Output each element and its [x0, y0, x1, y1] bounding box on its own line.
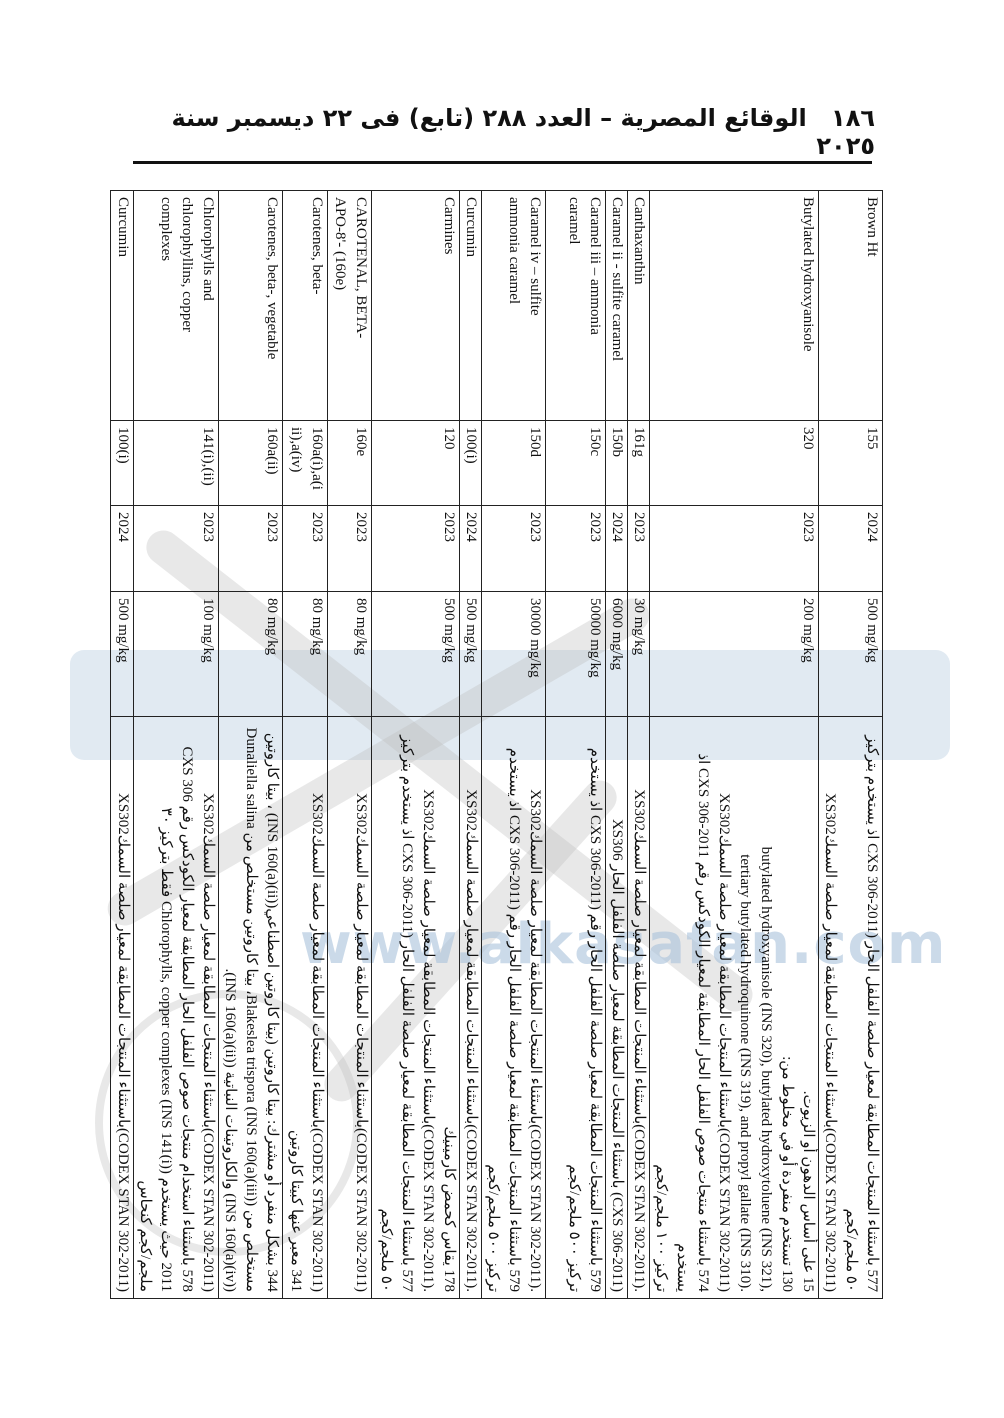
ins-number-line: 150d	[524, 427, 545, 499]
additives-table: Brown Ht1552024500 mg/kg577 باستثناء الم…	[133, 190, 883, 1293]
notes-line: XS302باستثناء المنتجات المطابقة لمعيار ص…	[306, 723, 327, 1292]
notes: XS302باستثناء المنتجات المطابقة لمعيار ص…	[111, 717, 134, 1299]
notes-line: XS302باستثناء المنتجات المطابقة لمعيار ص…	[112, 723, 133, 1292]
ins-number-line: 150c	[584, 427, 605, 499]
year-adopted-line: 2024	[864, 512, 880, 542]
max-level: 30000 mg/kg	[482, 592, 546, 717]
page-header: ١٨٦ الوقائع المصرية – العدد ٢٨٨ (تابع) ف…	[130, 104, 875, 160]
additive-name-line: Caramel ii - sulfite caramel	[606, 197, 627, 414]
year-adopted-line: 2023	[800, 512, 816, 542]
additive-name-line: Curcumin	[460, 197, 481, 414]
notes: XS302باستثناء المنتجات المطابقة لمعيار ص…	[283, 717, 328, 1299]
max-level: 100 mg/kg	[134, 592, 219, 717]
notes-line: تركيز ٥٠٠ ملجم/كجم	[563, 723, 584, 1292]
additive-name: Butylated hydroxyanisole	[650, 191, 819, 421]
notes-line: 579 باستثناء المنتجات المطابقة لمعيار صل…	[584, 723, 605, 1292]
notes: 15 على أساس الدهون أو الزيوت.130 تستخدم …	[650, 717, 819, 1299]
max-level: 80 mg/kg	[219, 592, 283, 717]
notes: XS302باستثناء المنتجات المطابقة لمعيار ص…	[328, 717, 372, 1299]
year-adopted: 2023	[628, 506, 650, 592]
notes-line: XS302باستثناء المنتجات المطابقة لمعيار ص…	[524, 723, 545, 1292]
additive-name: Carotenes, beta-, vegetable	[219, 191, 283, 421]
additive-name-line: ammonia caramel	[503, 197, 524, 414]
table-row: CAROTENAL, BETA-APO-8'- (160e)160e202380…	[328, 191, 372, 1299]
notes-line: XS302باستثناء المنتجات المطابقة لمعيار ص…	[417, 723, 438, 1292]
ins-number-line: 160a(ii)	[261, 427, 282, 499]
ins-number-line: 100(i)	[112, 427, 133, 499]
max-level: 500 mg/kg	[460, 592, 482, 717]
notes-line: butylated hydroxyanisole (INS 320), buty…	[755, 723, 776, 1292]
ins-number: 120	[372, 421, 460, 506]
ins-number: 160a(ii)	[219, 421, 283, 506]
additive-name-line: Canthaxanthin	[628, 197, 649, 414]
ins-number: 100(i)	[460, 421, 482, 506]
year-adopted-line: 2024	[463, 512, 479, 542]
ins-number-line: 150b	[606, 427, 627, 499]
ins-number: 150d	[482, 421, 546, 506]
notes-line: XS302باستثناء المنتجات المطابقة لمعيار ص…	[350, 723, 371, 1292]
max-level-line: 30000 mg/kg	[527, 598, 543, 678]
additive-name-line: Carotenes, beta-	[306, 197, 327, 414]
ins-number-line: 120	[438, 427, 459, 499]
max-level-line: 80 mg/kg	[264, 598, 280, 655]
additive-name-line: Caramel iii – ammonia	[584, 197, 605, 414]
max-level: 200 mg/kg	[650, 592, 819, 717]
additive-name: Caramel iv – sulfiteammonia caramel	[482, 191, 546, 421]
table-row: Caramel iv – sulfiteammonia caramel150d2…	[482, 191, 546, 1299]
additive-name-line: Carmines	[438, 197, 459, 414]
notes-line: XS302باستثناء المنتجات المطابقة لمعيار ص…	[460, 723, 481, 1292]
max-level-line: 500 mg/kg	[463, 598, 479, 663]
year-adopted: 2023	[328, 506, 372, 592]
max-level-line: 500 mg/kg	[115, 598, 131, 663]
max-level-line: 30 mg/kg	[631, 598, 647, 655]
max-level-line: 100 mg/kg	[200, 598, 216, 663]
notes: 579 باستثناء المنتجات المطابقة لمعيار صل…	[546, 717, 606, 1299]
ins-number-line: 141(i),(ii)	[197, 427, 218, 499]
max-level-line: 500 mg/kg	[441, 598, 457, 663]
additive-name-line: Carotenes, beta-, vegetable	[261, 197, 282, 414]
ins-number: 141(i),(ii)	[134, 421, 219, 506]
table-row: Caramel ii - sulfite caramel150b20246000…	[606, 191, 628, 1299]
notes-line: XS302باستثناء المنتجات المطابقة لمعيار ص…	[628, 723, 649, 1292]
max-level: 50000 mg/kg	[546, 592, 606, 717]
ins-number: 150b	[606, 421, 628, 506]
table-row: Butylated hydroxyanisole3202023200 mg/kg…	[650, 191, 819, 1299]
ins-number-line: ii),a(iv)	[285, 427, 306, 499]
max-level: 80 mg/kg	[328, 592, 372, 717]
additive-name-line: Butylated hydroxyanisole	[797, 197, 818, 414]
notes: 577 باستثناء المنتجات المطابقة لمعيار صل…	[819, 717, 883, 1299]
notes-line: 130 تستخدم منفردة أو في مخلوط من:	[776, 723, 797, 1292]
page-number: ١٨٦	[831, 104, 875, 132]
header-rule	[133, 161, 872, 164]
notes-line: 574 باستثناء منتجات صوص الفلفل الحار الم…	[671, 723, 713, 1292]
max-level: 500 mg/kg	[111, 592, 134, 717]
year-adopted: 2023	[650, 506, 819, 592]
notes: XS302باستثناء المنتجات المطابقة لمعيار ص…	[460, 717, 482, 1299]
notes-line: 2011 حيث يستخدم Chlorophylls, copper com…	[155, 723, 176, 1292]
table-row: Canthaxanthin161g202330 mg/kgXS302باستثن…	[628, 191, 650, 1299]
ins-number: 160a(i),a(iii),a(iv)	[283, 421, 328, 506]
notes: 178 يقاس كحمض كارمينيكXS302باستثناء المن…	[372, 717, 460, 1299]
ins-number: 161g	[628, 421, 650, 506]
additive-name-line: CAROTENAL, BETA-	[350, 197, 371, 414]
notes-line: 579 باستثناء المنتجات المطابقة لمعيار صل…	[503, 723, 524, 1292]
ins-number-line: 161g	[628, 427, 649, 499]
additive-name: Canthaxanthin	[628, 191, 650, 421]
additive-name: Brown Ht	[819, 191, 883, 421]
year-adopted: 2024	[460, 506, 482, 592]
notes: XS302باستثناء المنتجات المطابقة لمعيار ص…	[482, 717, 546, 1299]
additive-name: Caramel iii – ammoniacaramel	[546, 191, 606, 421]
notes-line: XS306 باستثناء المنتجات المطابقة لمعيار …	[606, 723, 627, 1292]
notes-line: تركيز ٥٠٠ ملجم/كجم	[482, 723, 503, 1292]
table-row: Brown Ht1552024500 mg/kg577 باستثناء الم…	[819, 191, 883, 1299]
year-adopted-line: 2023	[264, 512, 280, 542]
year-adopted-line: 2023	[527, 512, 543, 542]
additive-name: Curcumin	[460, 191, 482, 421]
year-adopted-line: 2023	[353, 512, 369, 542]
max-level: 500 mg/kg	[819, 592, 883, 717]
additive-name-line: chlorophyllins, copper	[176, 197, 197, 414]
table-row: Caramel iii – ammoniacaramel150c20235000…	[546, 191, 606, 1299]
table-row: Carmines1202023500 mg/kg178 يقاس كحمض كا…	[372, 191, 460, 1299]
notes-line: 578 باستثناء استخدام منتجات صوص الفلفل ا…	[176, 723, 197, 1292]
max-level-line: 200 mg/kg	[800, 598, 816, 663]
additive-name: Carmines	[372, 191, 460, 421]
year-adopted: 2024	[606, 506, 628, 592]
notes-line: XS302باستثناء المنتجات المطابقة لمعيار ص…	[819, 723, 840, 1292]
notes: 344 بشكل منفرد أو مشترك: بيتا كاروتين (ب…	[219, 717, 283, 1299]
year-adopted-line: 2023	[309, 512, 325, 542]
max-level: 30 mg/kg	[628, 592, 650, 717]
additive-name: Caramel ii - sulfite caramel	[606, 191, 628, 421]
notes-line: 341 معبر عنها كبيتا كاروتين	[285, 723, 306, 1292]
ins-number-line: 320	[797, 427, 818, 499]
notes-line: 15 على أساس الدهون أو الزيوت.	[797, 723, 818, 1292]
ins-number: 320	[650, 421, 819, 506]
table-row: Carotenes, beta-, vegetable160a(ii)20238…	[219, 191, 283, 1299]
year-adopted: 2023	[372, 506, 460, 592]
additive-name-line: APO-8'- (160e)	[329, 197, 350, 414]
notes-line: XS302باستثناء المنتجات المطابقة لمعيار ص…	[197, 723, 218, 1292]
max-level: 80 mg/kg	[283, 592, 328, 717]
year-adopted: 2023	[546, 506, 606, 592]
year-adopted: 2024	[111, 506, 134, 592]
notes: XS302باستثناء المنتجات المطابقة لمعيار ص…	[134, 717, 219, 1299]
max-level-line: 500 mg/kg	[864, 598, 880, 663]
max-level-line: 50000 mg/kg	[587, 598, 603, 678]
year-adopted-line: 2024	[609, 512, 625, 542]
ins-number-line: 160e	[350, 427, 371, 499]
additives-table-grid: Brown Ht1552024500 mg/kg577 باستثناء الم…	[110, 190, 883, 1299]
table-row: Chlorophylls andchlorophyllins, copperco…	[134, 191, 219, 1299]
notes-line: ٥٠ ملجم/كجم	[375, 723, 396, 1292]
year-adopted: 2024	[819, 506, 883, 592]
ins-number-line: 100(i)	[460, 427, 481, 499]
year-adopted: 2023	[134, 506, 219, 592]
year-adopted: 2023	[283, 506, 328, 592]
notes-line: 178 يقاس كحمض كارمينيك	[438, 723, 459, 1292]
table-row: Carotenes, beta-160a(i),a(iii),a(iv)2023…	[283, 191, 328, 1299]
table-row: Curcumin100(i)2024500 mg/kgXS302باستثناء…	[460, 191, 482, 1299]
ins-number: 150c	[546, 421, 606, 506]
ins-number: 155	[819, 421, 883, 506]
additive-name: CAROTENAL, BETA-APO-8'- (160e)	[328, 191, 372, 421]
max-level-line: 80 mg/kg	[353, 598, 369, 655]
notes-line: 577 باستثناء المنتجات المطابقة لمعيار صل…	[396, 723, 417, 1292]
notes: XS306 باستثناء المنتجات المطابقة لمعيار …	[606, 717, 628, 1299]
max-level: 500 mg/kg	[372, 592, 460, 717]
year-adopted-line: 2023	[631, 512, 647, 542]
max-level-line: 6000 mg/kg	[609, 598, 625, 670]
year-adopted: 2023	[219, 506, 283, 592]
max-level: 6000 mg/kg	[606, 592, 628, 717]
notes: XS302باستثناء المنتجات المطابقة لمعيار ص…	[628, 717, 650, 1299]
gazette-title: الوقائع المصرية – العدد ٢٨٨ (تابع) فى ٢٢…	[171, 104, 875, 160]
notes-line: ملجم/كجم كنحاس	[134, 723, 155, 1292]
year-adopted-line: 2023	[200, 512, 216, 542]
additive-name-line: Curcumin	[112, 197, 133, 414]
additive-name: Curcumin	[111, 191, 134, 421]
ins-number-line: 160a(i),a(i	[306, 427, 327, 499]
additive-name: Carotenes, beta-	[283, 191, 328, 421]
notes-line: ٥٠ ملجم/كجم	[840, 723, 861, 1292]
notes-line: تركيز ١٠٠ ملجم/كجم	[650, 723, 671, 1292]
notes-line: 577 باستثناء المنتجات المطابقة لمعيار صل…	[861, 723, 882, 1292]
ins-number: 160e	[328, 421, 372, 506]
additive-name-line: caramel	[563, 197, 584, 414]
additive-name-line: Caramel iv – sulfite	[524, 197, 545, 414]
max-level-line: 80 mg/kg	[309, 598, 325, 655]
additive-name-line: Chlorophylls and	[197, 197, 218, 414]
year-adopted-line: 2023	[587, 512, 603, 542]
additive-name-line: Brown Ht	[861, 197, 882, 414]
year-adopted-line: 2023	[441, 512, 457, 542]
year-adopted-line: 2024	[115, 512, 131, 542]
notes-line: 344 بشكل منفرد أو مشترك: بيتا كاروتين (ب…	[219, 723, 282, 1292]
ins-number: 100(i)	[111, 421, 134, 506]
year-adopted: 2023	[482, 506, 546, 592]
additive-name: Chlorophylls andchlorophyllins, copperco…	[134, 191, 219, 421]
ins-number-line: 155	[861, 427, 882, 499]
additive-name-line: complexes	[155, 197, 176, 414]
notes-line: tertiary butylated hydroquinone (INS 319…	[734, 723, 755, 1292]
notes-line: XS302باستثناء المنتجات المطابقة لمعيار ص…	[713, 723, 734, 1292]
table-row: Curcumin100(i)2024500 mg/kgXS302باستثناء…	[111, 191, 134, 1299]
